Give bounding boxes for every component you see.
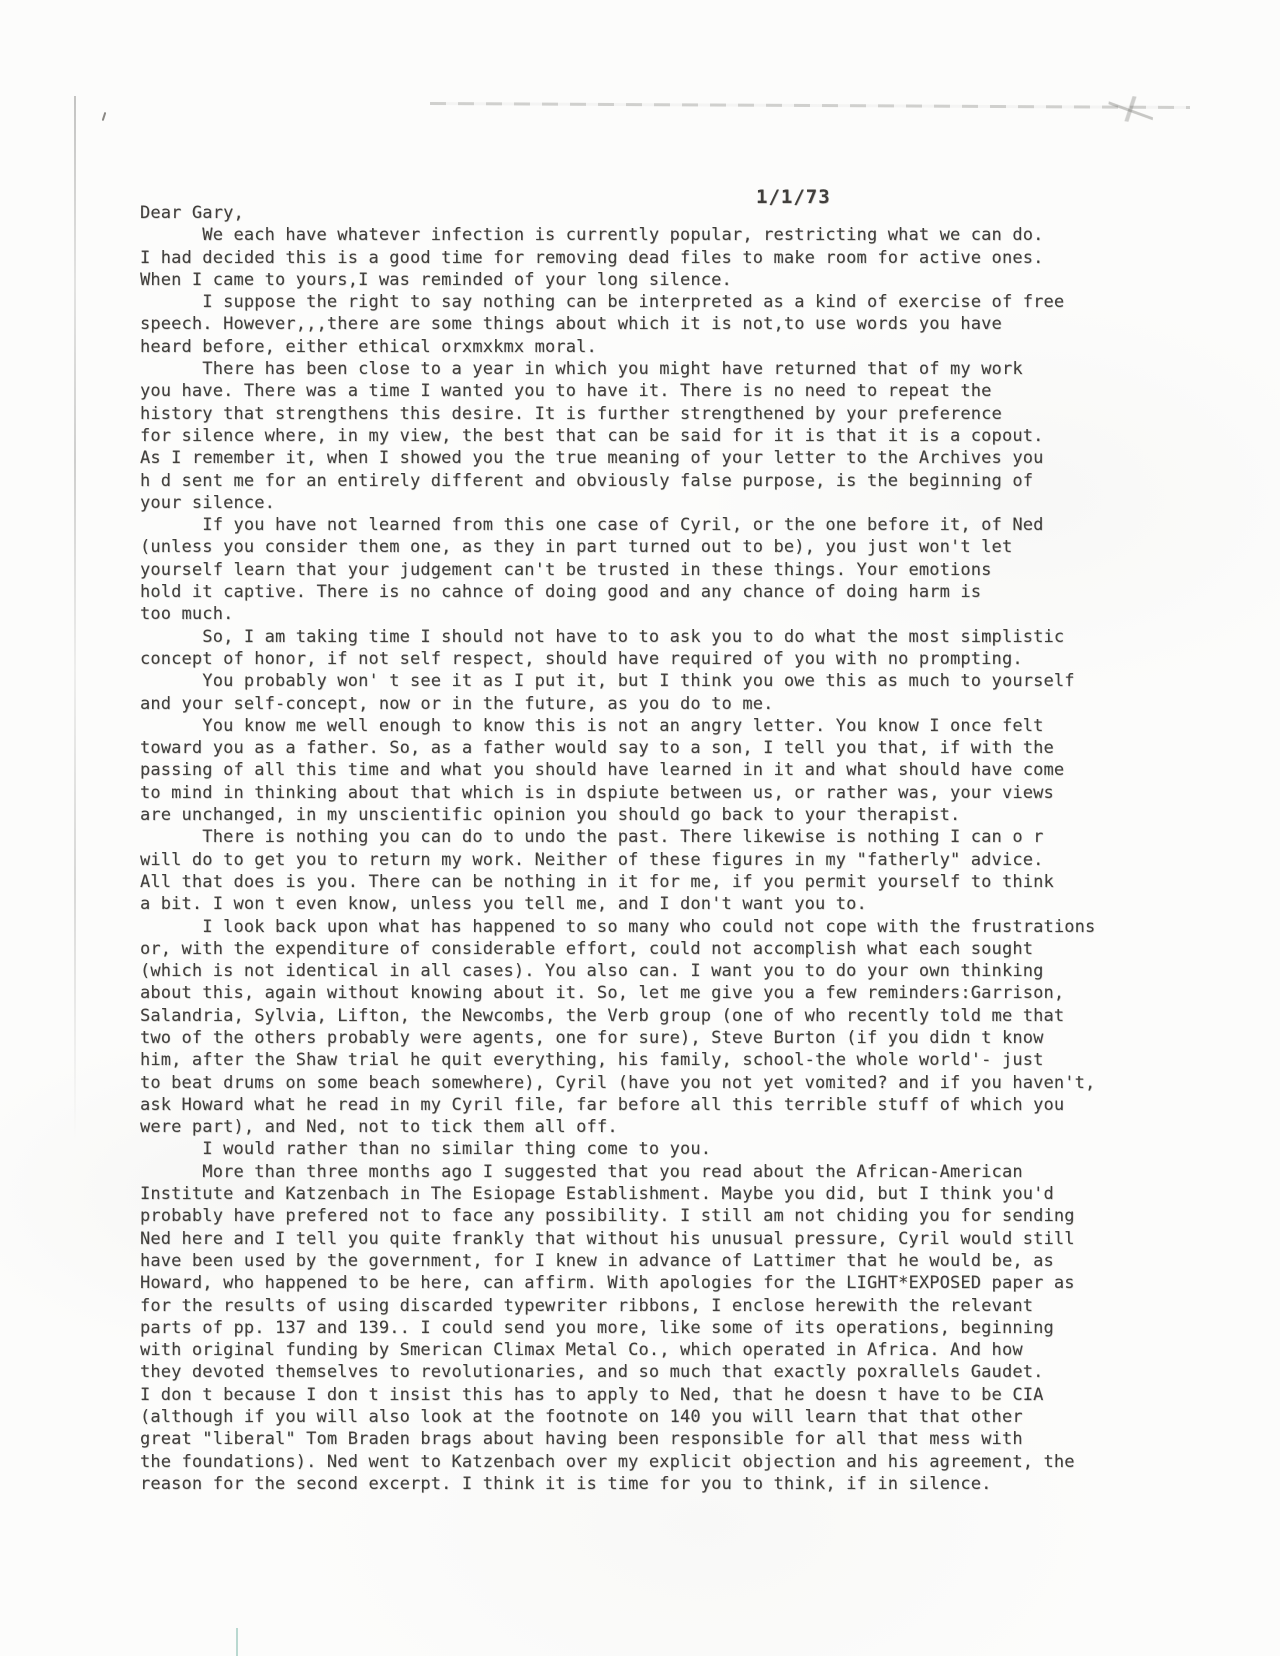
- paragraph-returned-work: There has been close to a year in which …: [140, 358, 1150, 514]
- letter-body: Dear Gary, We each have whatever infecti…: [140, 202, 1150, 1495]
- scanned-letter-page: 1/1/73 Dear Gary, We each have whatever …: [0, 0, 1280, 1656]
- bottom-teal-scan-mark: [236, 1628, 238, 1656]
- paragraph-cyril-ned: If you have not learned from this one ca…: [140, 514, 1150, 625]
- paragraph-undo-the-past: There is nothing you can do to undo the …: [140, 826, 1150, 915]
- salutation: Dear Gary,: [140, 202, 1150, 224]
- stray-ink-mark: [102, 112, 107, 121]
- paragraph-not-angry-letter: You know me well enough to know this is …: [140, 715, 1150, 826]
- top-scan-smudge-mark: [1106, 93, 1155, 125]
- paragraph-infection: We each have whatever infection is curre…: [140, 224, 1150, 291]
- paragraph-reminders: I look back upon what has happened to so…: [140, 916, 1150, 1139]
- paragraph-owe-this: You probably won' t see it as I put it, …: [140, 670, 1150, 715]
- paragraph-taking-time: So, I am taking time I should not have t…: [140, 626, 1150, 671]
- paragraph-african-american-institute: More than three months ago I suggested t…: [140, 1161, 1150, 1495]
- paragraph-free-speech: I suppose the right to say nothing can b…: [140, 291, 1150, 358]
- top-scan-artifact-line: [430, 102, 1190, 109]
- left-scan-artifact-line: [74, 96, 76, 1141]
- paragraph-similar-thing: I would rather than no similar thing com…: [140, 1138, 1150, 1160]
